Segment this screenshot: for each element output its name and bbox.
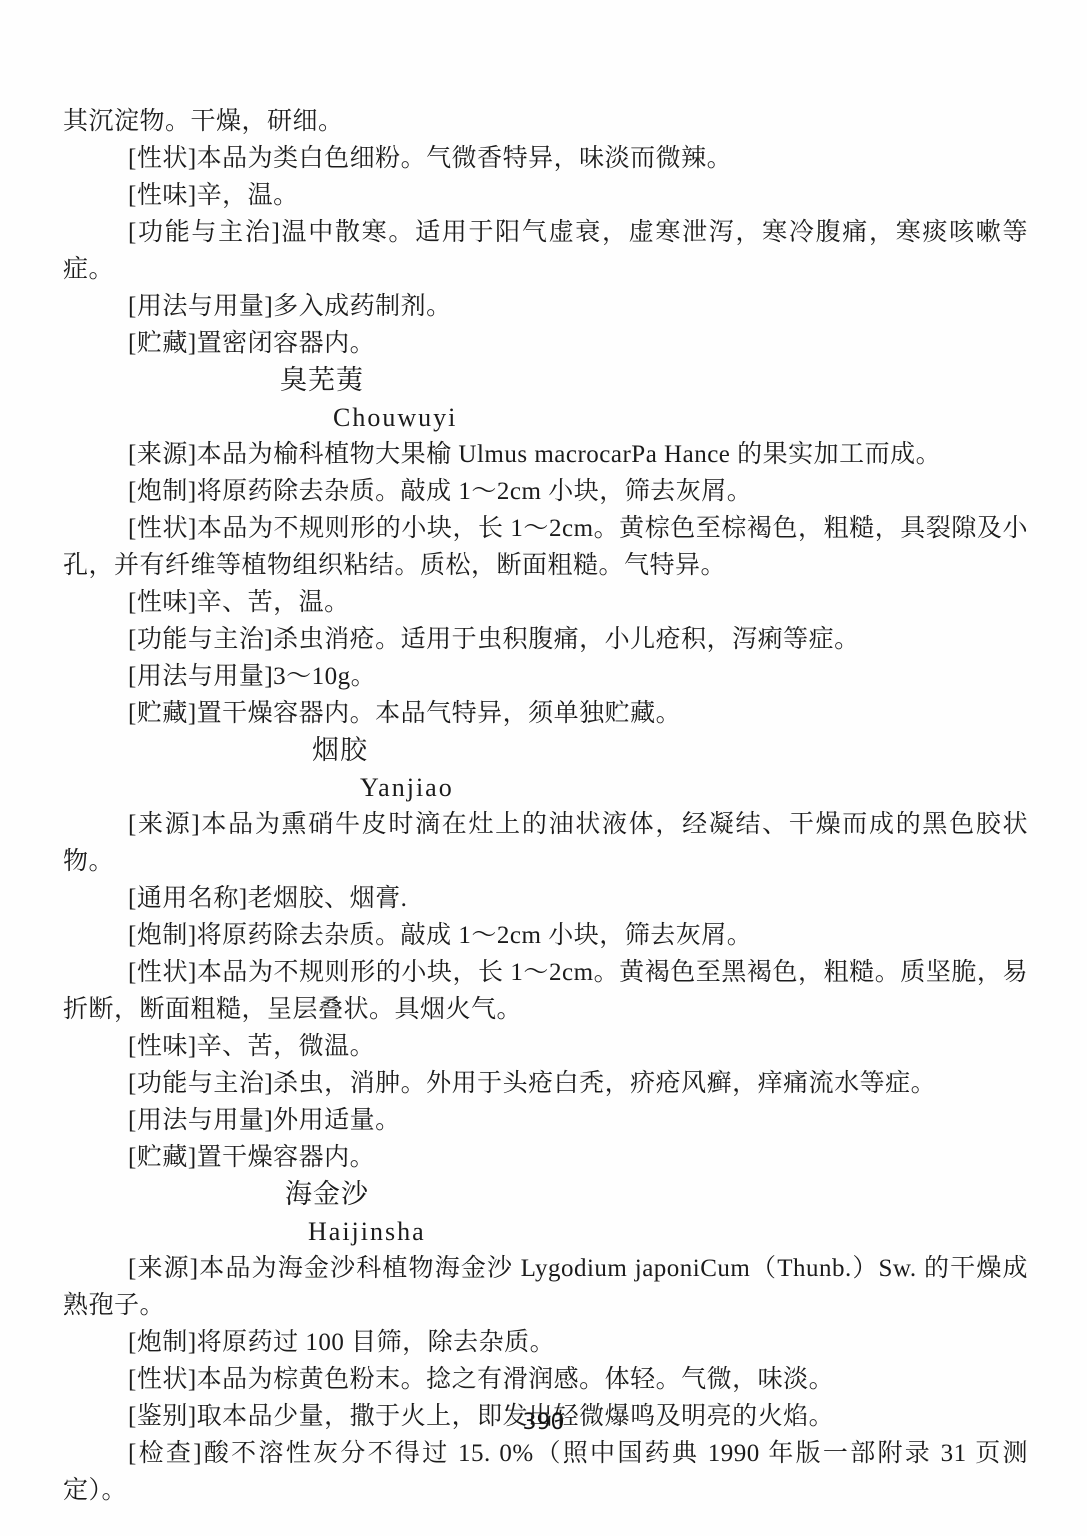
- section-title-cn: 烟胶: [63, 732, 1028, 769]
- section-title-cn: 海金沙: [63, 1176, 1028, 1213]
- field-paragraph: [贮藏]置密闭容器内。: [63, 325, 1028, 362]
- field-paragraph: [性状]本品为不规则形的小块，长 1～2cm。黄褐色至黑褐色，粗糙。质坚脆，易折…: [63, 954, 1028, 1028]
- field-paragraph: [性状]本品为棕黄色粉末。捻之有滑润感。体轻。气微，味淡。: [63, 1361, 1028, 1398]
- section-title-pinyin: Yanjiao: [63, 769, 1028, 806]
- field-paragraph: [用法与用量]多入成药制剂。: [63, 288, 1028, 325]
- field-paragraph: [用法与用量]3～10g。: [63, 658, 1028, 695]
- section-title-cn: 臭芜荑: [63, 362, 1028, 399]
- field-paragraph: [性味]辛、苦，微温。: [63, 1028, 1028, 1065]
- field-paragraph: [来源]本品为榆科植物大果榆 Ulmus macrocarPa Hance 的果…: [63, 436, 1028, 473]
- document-page: 其沉淀物。干燥，研细。 [性状]本品为类白色细粉。气微香特异，味淡而微辣。 [性…: [0, 0, 1087, 1536]
- field-paragraph: [贮藏]置干燥容器内。: [63, 1139, 1028, 1176]
- section-title-pinyin: Chouwuyi: [63, 399, 1028, 436]
- field-paragraph: [检查]酸不溶性灰分不得过 15. 0%（照中国药典 1990 年版一部附录 3…: [63, 1435, 1028, 1509]
- field-paragraph: [来源]本品为海金沙科植物海金沙 Lygodium japoniCum（Thun…: [63, 1250, 1028, 1324]
- field-paragraph: [功能与主治]温中散寒。适用于阳气虚衰，虚寒泄泻，寒冷腹痛，寒痰咳嗽等症。: [63, 214, 1028, 288]
- section-title-pinyin: Haijinsha: [63, 1213, 1028, 1250]
- page-body-text: 其沉淀物。干燥，研细。 [性状]本品为类白色细粉。气微香特异，味淡而微辣。 [性…: [63, 103, 1028, 1509]
- field-paragraph: [通用名称]老烟胶、烟膏.: [63, 880, 1028, 917]
- field-paragraph: [炮制]将原药过 100 目筛，除去杂质。: [63, 1324, 1028, 1361]
- field-paragraph: [性状]本品为类白色细粉。气微香特异，味淡而微辣。: [63, 140, 1028, 177]
- field-paragraph: [功能与主治]杀虫，消肿。外用于头疮白秃，疥疮风癣，痒痛流水等症。: [63, 1065, 1028, 1102]
- field-paragraph: [功能与主治]杀虫消疮。适用于虫积腹痛，小儿疮积，泻痢等症。: [63, 621, 1028, 658]
- field-paragraph: [性味]辛、苦，温。: [63, 584, 1028, 621]
- field-paragraph: [炮制]将原药除去杂质。敲成 1～2cm 小块，筛去灰屑。: [63, 473, 1028, 510]
- field-paragraph: [来源]本品为熏硝牛皮时滴在灶上的油状液体，经凝结、干燥而成的黑色胶状物。: [63, 806, 1028, 880]
- field-paragraph: [炮制]将原药除去杂质。敲成 1～2cm 小块，筛去灰屑。: [63, 917, 1028, 954]
- field-paragraph: [贮藏]置干燥容器内。本品气特异，须单独贮藏。: [63, 695, 1028, 732]
- field-paragraph: [用法与用量]外用适量。: [63, 1102, 1028, 1139]
- page-number: 390: [0, 1410, 1087, 1435]
- field-paragraph: [性状]本品为不规则形的小块，长 1～2cm。黄棕色至棕褐色，粗糙，具裂隙及小孔…: [63, 510, 1028, 584]
- field-paragraph: [性味]辛，温。: [63, 177, 1028, 214]
- continuation-paragraph: 其沉淀物。干燥，研细。: [63, 103, 1028, 140]
